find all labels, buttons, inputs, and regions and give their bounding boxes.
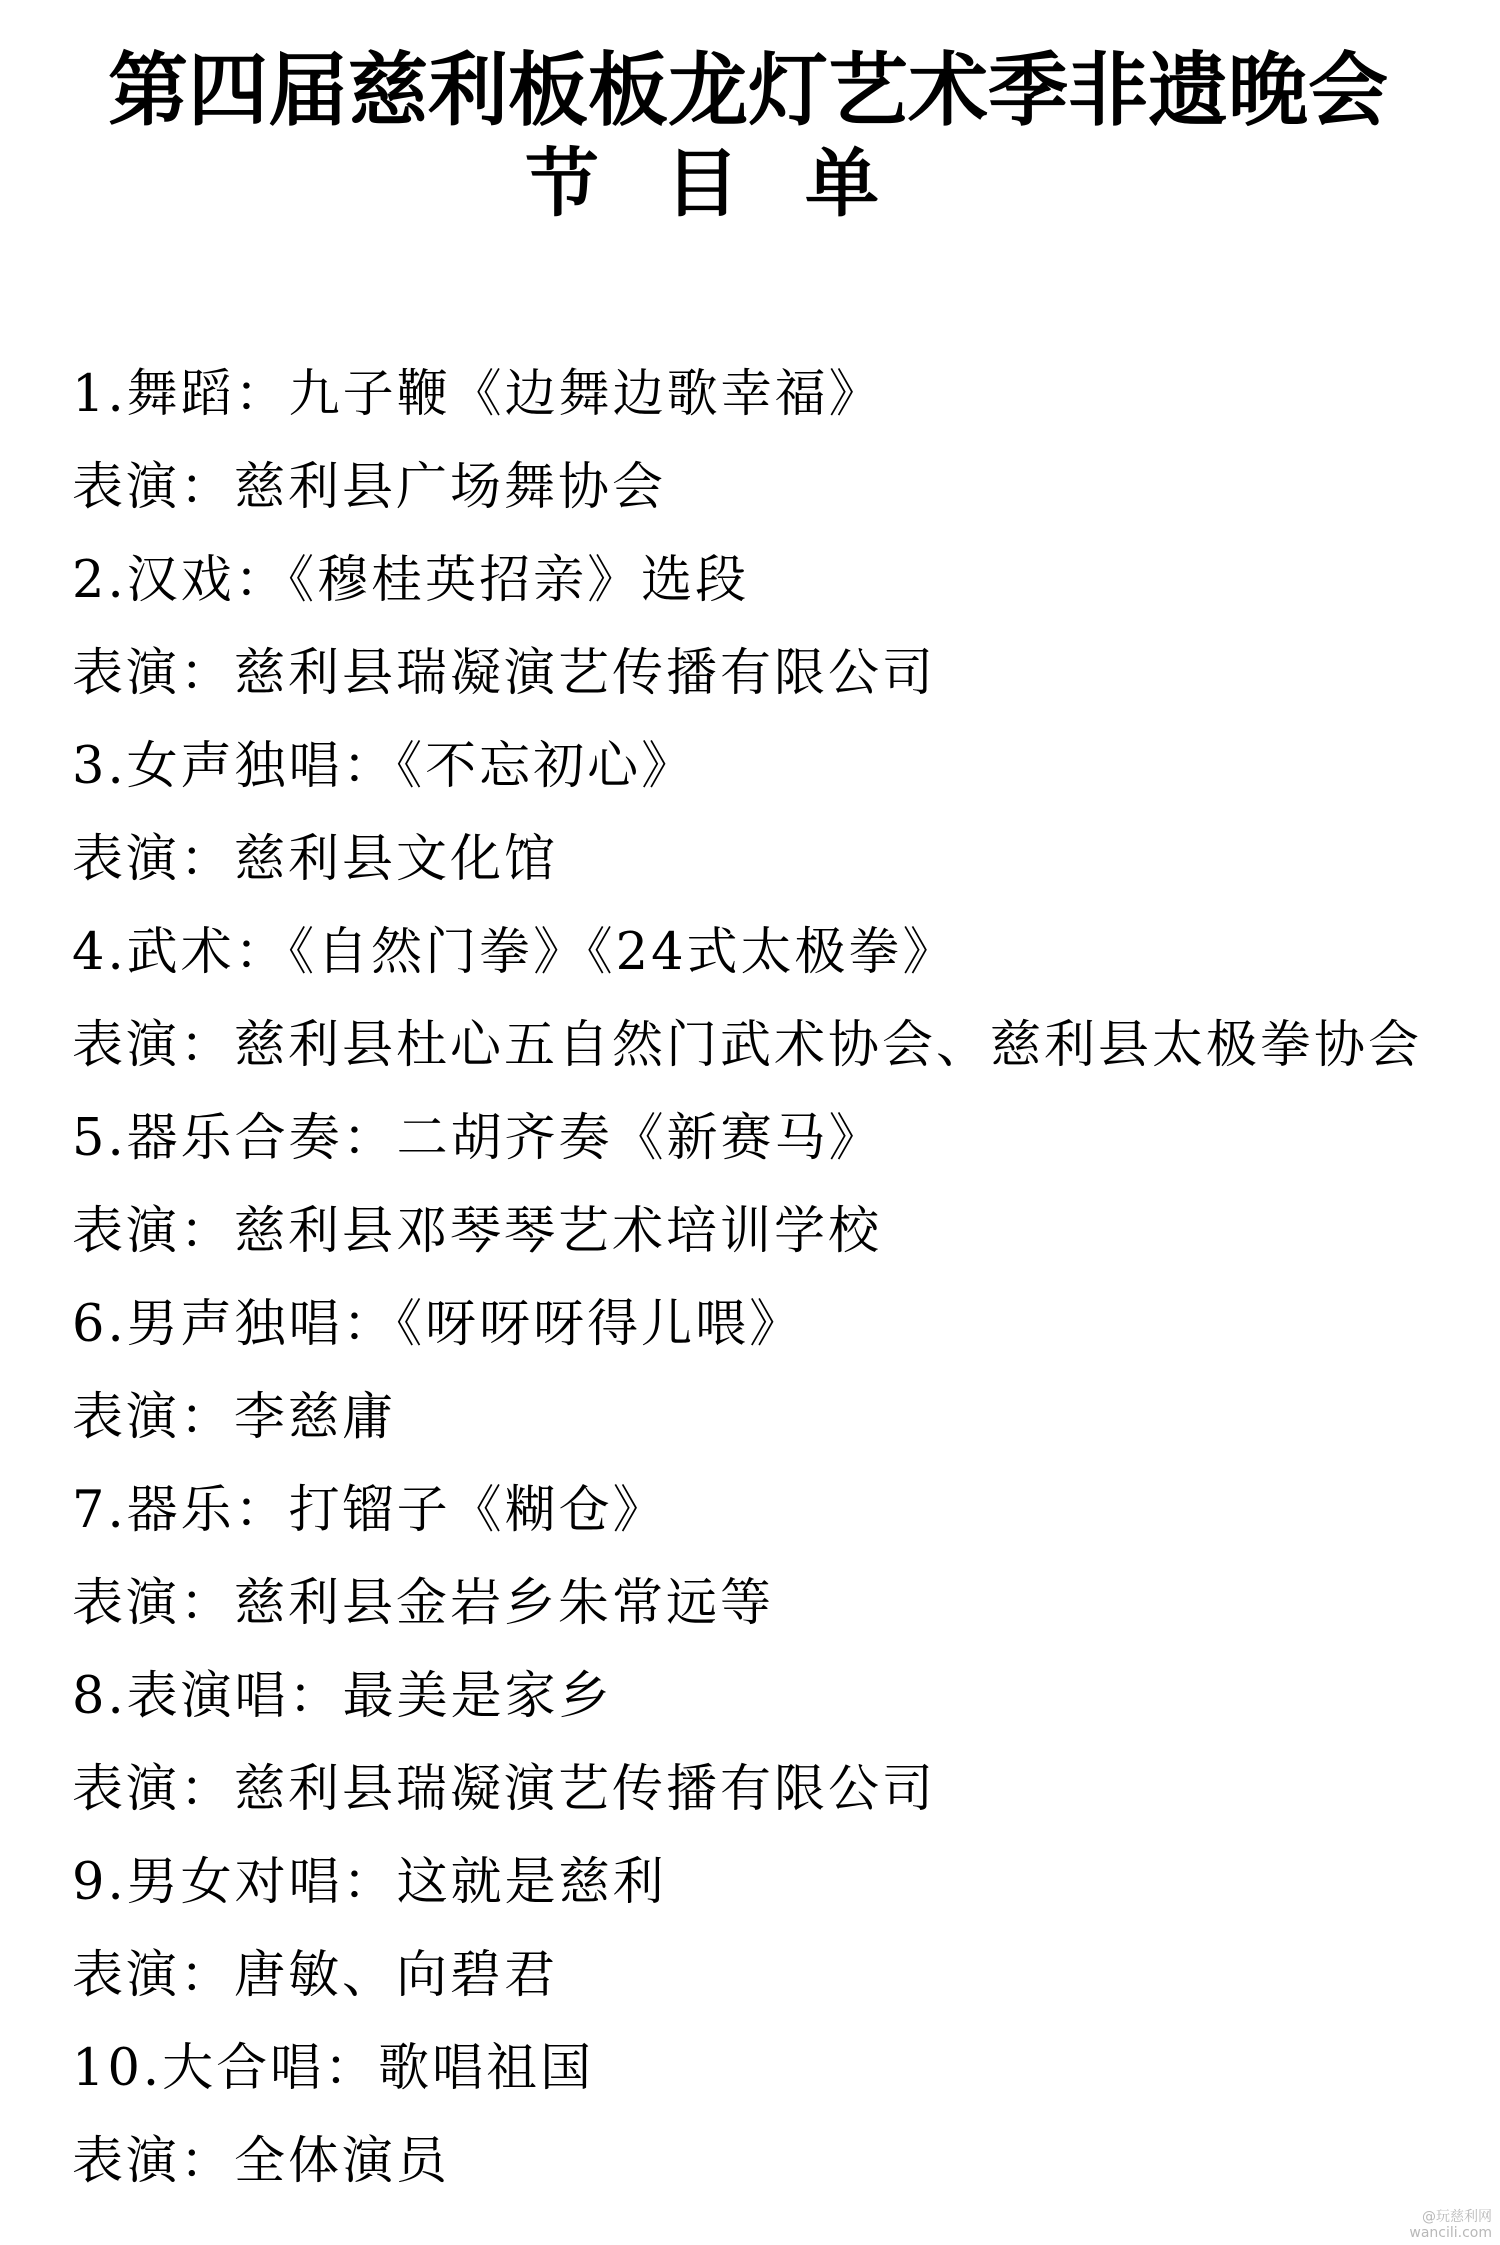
program-item: 1.舞蹈：九子鞭《边舞边歌幸福》 — [72, 348, 1472, 441]
program-item: 7.器乐：打镏子《糊仓》 — [72, 1464, 1472, 1557]
watermark-brand: @玩慈利网 — [1409, 2209, 1492, 2225]
program-item: 4.武术：《自然门拳》《24式太极拳》 — [72, 906, 1472, 999]
program-item: 10.大合唱：歌唱祖国 — [72, 2022, 1472, 2115]
program-item: 5.器乐合奏：二胡齐奏《新赛马》 — [72, 1092, 1472, 1185]
program-performer: 表演：慈利县瑞凝演艺传播有限公司 — [72, 1743, 1472, 1836]
subtitle-char: 节 — [525, 136, 599, 232]
program-list: 1.舞蹈：九子鞭《边舞边歌幸福》 表演：慈利县广场舞协会 2.汉戏：《穆桂英招亲… — [72, 348, 1472, 2208]
program-performer: 表演：慈利县邓琴琴艺术培训学校 — [72, 1185, 1472, 1278]
program-performer: 表演：李慈庸 — [72, 1371, 1472, 1464]
program-item: 6.男声独唱：《呀呀呀得儿喂》 — [72, 1278, 1472, 1371]
program-item: 8.表演唱：最美是家乡 — [72, 1650, 1472, 1743]
program-performer: 表演：全体演员 — [72, 2115, 1472, 2208]
document-subtitle: 节目单 — [525, 136, 945, 232]
program-performer: 表演：慈利县文化馆 — [72, 813, 1472, 906]
document-title: 第四届慈利板板龙灯艺术季非遗晚会 — [0, 42, 1500, 138]
program-item: 3.女声独唱：《不忘初心》 — [72, 720, 1472, 813]
program-performer: 表演：唐敏、向碧君 — [72, 1929, 1472, 2022]
program-performer: 表演：慈利县广场舞协会 — [72, 441, 1472, 534]
program-performer: 表演：慈利县杜心五自然门武术协会、慈利县太极拳协会 — [72, 999, 1472, 1092]
program-item: 9.男女对唱：这就是慈利 — [72, 1836, 1472, 1929]
watermark: @玩慈利网 wancili.com — [1409, 2209, 1492, 2241]
watermark-url: wancili.com — [1409, 2225, 1492, 2241]
program-item: 2.汉戏：《穆桂英招亲》选段 — [72, 534, 1472, 627]
program-performer: 表演：慈利县金岩乡朱常远等 — [72, 1557, 1472, 1650]
subtitle-char: 目 — [665, 136, 739, 232]
program-performer: 表演：慈利县瑞凝演艺传播有限公司 — [72, 627, 1472, 720]
subtitle-char: 单 — [805, 136, 879, 232]
